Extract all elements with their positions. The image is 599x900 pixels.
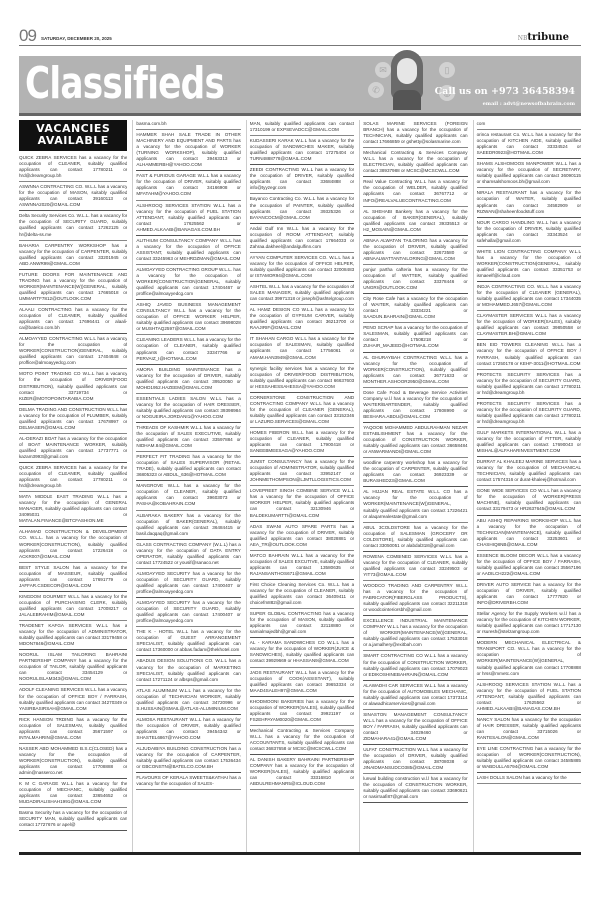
logo-text: tribune [527, 32, 569, 43]
classified-ad: ULFAT CONSTRUCTION W.L.L has a vacancy f… [363, 746, 467, 774]
classified-ad: EYE LINE CONTRACTING has a vacancy for t… [477, 745, 581, 773]
classified-ad: FLAVOURS OF KERALA SWEETS&KATHAI has a v… [136, 774, 240, 790]
classified-ad: FAST & FURIOUS GARAGE W.L.L has a vacanc… [136, 172, 240, 200]
classified-ad: ABU ASHIQ REPAIRING WORKSHOP W.L.L has a… [477, 517, 581, 551]
classified-ad: AL-DERAZI BOAT has a vacancy for the occ… [19, 435, 127, 463]
classified-ad: Bayanco Contracting Co. W.L.L has a vaca… [250, 195, 354, 223]
classified-ad: THE K - HOTEL W.L.L has a vacancy for th… [136, 628, 240, 656]
classified-ad: ZEEDI CONTRACTING W.L.L has a vacancy fo… [250, 166, 354, 194]
classified-ad: SMART CONTRACTING CO W.L.L has a vacancy… [363, 652, 467, 680]
classified-ad: DELMA TRADING AND CONSTRUCTION W.L.L has… [19, 406, 127, 434]
classified-ad: IT SHAHAN CARGO W.L.L has a vacancy for … [250, 335, 354, 363]
call-number: Call us on +973 36458394 [435, 86, 575, 97]
mascot-illustration [387, 46, 427, 116]
classified-ad: AL SHEHABI Bankery has a vacancy for the… [363, 208, 467, 236]
classified-ad: KUDASSERI KARAK W.L.L has a vacancy for … [250, 137, 354, 165]
classified-ad: ALHAMAD CONSTRUCTION & DEVELOPMENT CO. W… [19, 528, 127, 562]
classified-ad: KHODMOONI BAKERIES has a vacancy for the… [250, 698, 354, 726]
classified-ad: ALSHROOQ SERVICES STATION W.L.L has a va… [136, 202, 240, 236]
classified-ad: Stellar Agency for the Supply Workers w.… [477, 610, 581, 638]
classified-ad: MODERN MECHANICAL ELECTRICAL & TRANSPORT… [477, 639, 581, 679]
classified-ad: City Rose Cafe has a vacancy for the occ… [363, 295, 467, 323]
classified-ad: Dose Cafe Food & Beverage Service Activi… [363, 389, 467, 423]
classified-ad: ESSENTIALS LADIES SALON W.L.L has a vaca… [136, 395, 240, 423]
classified-ad: QUICK ZEBRA SERVICES has a vacancy for t… [19, 464, 127, 492]
classified-ad: Mechanical Contracting & Services Compan… [363, 149, 467, 177]
classified-ad: INDJA CONTRACTING CO. W.L.L has a vacanc… [477, 283, 581, 311]
classified-ad: ALAALI CONTRACTING has a vacancy for the… [19, 306, 127, 334]
classified-ad: ALMOSA RESTAURANT W.L.L has a vacancy fo… [136, 716, 240, 744]
classified-ad: GLASS CONTRACTING COMPANY (W.L.L) has a … [136, 541, 240, 569]
classified-ad: PENO SCRAP has a vacancy for the occupat… [363, 324, 467, 352]
classified-ad: QUICK ZEBRA SERVICES has a vacancy for t… [19, 154, 127, 182]
ad-list: basma.com.bhHAMMER SHAH SALE TRADE IN OT… [136, 120, 240, 790]
classified-ad: MATCO BAHRAIN W.L.L has a vacancy for th… [250, 552, 354, 580]
classified-ad: ALMOAYYED SECURITY has a vacancy for the… [136, 570, 240, 598]
classified-ad: NOUR CARGO HANDLING W.L.L has a vacancy … [477, 219, 581, 247]
classified-ad: MOTO POINT TRADING CO W.L.L has a vacanc… [19, 370, 127, 404]
classified-ad: basma.com.bh [136, 120, 240, 130]
classified-ad: GONE WIDE SERVICES CO W.L.L has a vacanc… [477, 487, 581, 515]
classified-ad: AL HAMZ DESIGN CO W.L.L has a vacancy fo… [250, 306, 354, 334]
classified-ad: AYYAN COMPUTER SERVICES CO. W.L.L has a … [250, 254, 354, 282]
classified-ad: AL GHURAYBAH CONTRACTING W.L.L has a vac… [363, 354, 467, 388]
classified-ad: AMORA BUILDING MAINTENANCE has a vacancy… [136, 366, 240, 394]
classified-ad: BAHARIA CARPENTRY WORKSHOP has a vacancy… [19, 242, 127, 270]
column-3: MAN, suitably qualified applicants can c… [246, 120, 354, 855]
classified-ad: ALMOAYYED SECURITY has a vacancy for the… [136, 599, 240, 627]
logo-prefix: NB [518, 35, 528, 42]
page-header: 09 SATURDAY, DECEMBER 20, 2025 NBtribune [19, 28, 581, 46]
classified-ad: orinca restaurant Co. W.L.L has a vacanc… [477, 131, 581, 159]
classified-ad: BEST STYLE SALON has a vacancy for the o… [19, 564, 127, 592]
classified-ad: Mechanical Contracting & Services Compan… [250, 727, 354, 755]
classified-ad: YAQOOB MOHAMMED ABDULRAHMAN NEZAR ESTABL… [363, 424, 467, 458]
ad-list: MAN, suitably qualified applicants can c… [250, 120, 354, 790]
classified-ad: AL HIJJAN REAL ESTATE W.L.L CO has a vac… [363, 488, 467, 522]
classified-ad: TRADENET KAFGA SERVICES W.L.L has a vaca… [19, 622, 127, 650]
banner-title: Classifieds [25, 58, 224, 109]
page-number: 09 [19, 26, 36, 46]
classified-ad: LOVEPREET SINGH COMBINE SERVICE W.L.L ha… [250, 487, 354, 521]
classified-ad: WOODCO TRADING AND CARPENTRY W.L.L has a… [363, 582, 467, 616]
classified-ad: ASHIQ JAVED BUSINESS MANAGEMENT CONSULTA… [136, 301, 240, 335]
classified-ad: NANCY SALON has a vacancy for the occupa… [477, 716, 581, 744]
classified-ad: ALITHIUM CONSULTANCY COMPANY W.L.L has a… [136, 237, 240, 265]
classified-ad: AL - KARAMA SANDWICHES CO W.L.L has a va… [250, 639, 354, 667]
classified-ad: SINASTON MANAGEMENT CONSULTANCY W.L.L ha… [363, 711, 467, 745]
page-bottom-rule [19, 852, 581, 855]
classified-ad: SUPER GLOBAL CONTRACTING has a vacancy f… [250, 610, 354, 638]
classified-ad: NIRALA RESTAURANT has a vacancy for the … [477, 189, 581, 217]
classified-ad: GULF MARKETS INTERNATIONAL W.L.L has a v… [477, 429, 581, 457]
classified-ad: KINGDOM GOURMET W.L.L has a vacancy for … [19, 593, 127, 621]
classified-ad: woodline carpentry workshop has a vacanc… [363, 459, 467, 487]
column-5: comorinca restaurant Co. W.L.L has a vac… [473, 120, 581, 855]
classified-ad: Real Value Contracting W.L.L has a vacan… [363, 178, 467, 206]
classified-ad: DURRAT AL KHALEEJ MARINE SERVICES has a … [477, 458, 581, 486]
mobile-icon: ▯ [439, 62, 455, 78]
classified-ad: CLEANING LEADERS W.L.L has a vacancy for… [136, 336, 240, 364]
ad-list: QUICK ZEBRA SERVICES has a vacancy for t… [19, 154, 127, 831]
classified-ad: HOMES FIBERON W.L.L has a vacancy for th… [250, 429, 354, 457]
classified-ad: DRIVER AUTO SERVICE has a vacancy for th… [477, 581, 581, 609]
classified-ad: ABNAA ALWATAN TAILORING has a vacancy fo… [363, 237, 467, 265]
classified-ad: com [477, 120, 581, 130]
classified-ad: JADS RESTAURANT W.L.L has a vacancy for … [250, 669, 354, 697]
ad-list: SOLAS MARINE SERVICES (FOREIGN BRANCH) h… [363, 120, 467, 803]
column-4: SOLAS MARINE SERVICES (FOREIGN BRANCH) h… [359, 120, 467, 855]
classifieds-columns: VACANCIES AVAILABLE QUICK ZEBRA SERVICES… [19, 120, 581, 855]
column-1: VACANCIES AVAILABLE QUICK ZEBRA SERVICES… [19, 120, 127, 855]
classified-ad: MAN, suitably qualified applicants can c… [250, 120, 354, 136]
classified-ad: RICK HANSON TRDING has a vacancy for the… [19, 716, 127, 744]
column-2: basma.com.bhHAMMER SHAH SALE TRADE IN OT… [132, 120, 240, 855]
classified-ad: FUTURE DOORS FOR MAINTENANCE AND TRADING… [19, 271, 127, 305]
classified-ad: PROTECTS SECURITY SERVICES has a vacancy… [477, 400, 581, 428]
classified-ad: EXCELLENCE INDUSTRIAL MAINTENANCE COMPAN… [363, 617, 467, 651]
classified-ad: ALBARAKA BAKERY has a vacancy for the oc… [136, 512, 240, 540]
classified-ad: WHITE LION CONTRACTING COMPANY W.L.L has… [477, 248, 581, 282]
contact-email: email : advt@newsofbahrain.com [483, 101, 575, 107]
classified-ad: THREADS OF KASHMIR W.L.L has a vacancy f… [136, 424, 240, 452]
classified-ad: ABUL 3COLDSTORE has a vacancy for the oc… [363, 524, 467, 552]
classified-ad: punjur partha cafteria has a vacancy for… [363, 266, 467, 294]
classified-ad: SHAMS ALSHOMOOS MANPOWER W.L.L has a vac… [477, 160, 581, 188]
classified-ad: HAMMER SHAH SALE TRADE IN OTHER MACHINER… [136, 131, 240, 171]
classified-ad: ALJUDAIBIYA BUILDING CONSTRUCTION has a … [136, 745, 240, 773]
ad-list: comorinca restaurant Co. W.L.L has a vac… [477, 120, 581, 784]
classified-ad: NOORUL ISLAM TAILORING BAHRAINI PARTNERS… [19, 651, 127, 685]
classified-ad: K M C GARAGE W.L.L has a vacancy for the… [19, 780, 127, 808]
newspaper-logo: NBtribune [518, 32, 569, 43]
classified-ad: ALAWADHI CAR SERVICES W.L.L has a vacanc… [363, 682, 467, 710]
classified-ad: ALMOAYYED CONTRACTING GROUP W.L.L. has a… [136, 266, 240, 300]
classified-ad: Basma Security has a vacancy for the occ… [19, 809, 127, 831]
classified-ad: LASH DOLLS SALON has a vacancy for the [477, 774, 581, 784]
classified-ad: MANGROVE W.L.L has a vacancy for the occ… [136, 482, 240, 510]
classified-ad: NASSER ABD MOHAMMED B.S.C(CLOSED) has a … [19, 745, 127, 779]
classifieds-banner: Classifieds ✉ ✆ ▯ ◍ Call us on +973 3645… [19, 56, 581, 116]
classified-ad: Delta Security Services Co. W.L.L. has a… [19, 212, 127, 240]
classified-ad: ADOLF CLEANING SERVICES W.L.L has a vaca… [19, 686, 127, 714]
classified-ad: BEN EID TOWERS CLEANING W.L.L has a vaca… [477, 341, 581, 369]
classified-ad: PERFECT FIT TRADING has a vacancy for th… [136, 453, 240, 481]
issue-date: SATURDAY, DECEMBER 20, 2025 [41, 36, 112, 41]
classified-ad: ASWNNA CONTRACTING CO. W.L.L has a vacan… [19, 183, 127, 211]
classified-ad: ALSHROOQ SERVICES STATION W.L.L has a va… [477, 681, 581, 715]
classified-ad: AL DANISH BAKERY BAHRAINI PARTNERSHIP CO… [250, 756, 354, 790]
classified-ad: synergic facility services has a vacancy… [250, 365, 354, 393]
classified-ad: ALMOAYYED CONTRACTING W.L.L has a vacanc… [19, 335, 127, 369]
phone-icon: ✆ [368, 82, 384, 98]
heading-line-2: AVAILABLE [19, 135, 127, 147]
classified-ad: lunwal building construction w.l.l has a… [363, 775, 467, 803]
classified-ad: SOLAS MARINE SERVICES (FOREIGN BRANCH) h… [363, 120, 467, 148]
classified-ad: MATA MIDDLE EAST TRADING W.L.L has a vac… [19, 493, 127, 527]
classified-ad: ROWENA COMBINED SERVICES W.L.L has a vac… [363, 553, 467, 581]
classified-ad: ADAS SWANI AUTO SPARE PARTS has a vacanc… [250, 523, 354, 551]
classified-ad: PROTECTS SECURITY SERVICES has a vacancy… [477, 371, 581, 399]
classified-ad: JUMST CONSULTANCY has a vacancy for the … [250, 458, 354, 486]
classified-ad: ABADUS DESIGN SOLUTIONS CO. W.L.L has a … [136, 657, 240, 685]
classified-ad: Andal Gulf Inn W.L.L has a vacancy for t… [250, 225, 354, 253]
classified-ad: CORNERSTONE CONSTRUCTION AND CONTRACTING… [250, 394, 354, 428]
classified-ad: CLAYMASTER SERVICES W.L.L has a vacancy … [477, 312, 581, 340]
classified-ad: ATLAS ALUMINUM W.L.L has a vacancy for t… [136, 687, 240, 715]
classified-ad: ASHTEL W.L.L has a vacancy for the occup… [250, 283, 354, 305]
classified-ad: ESSENCE BLOOM DECOR W.L.L has a vacancy … [477, 552, 581, 580]
classified-ad: First Choice Cleaning Services Co. W.L.L… [250, 581, 354, 609]
vacancies-heading: VACANCIES AVAILABLE [19, 120, 127, 151]
